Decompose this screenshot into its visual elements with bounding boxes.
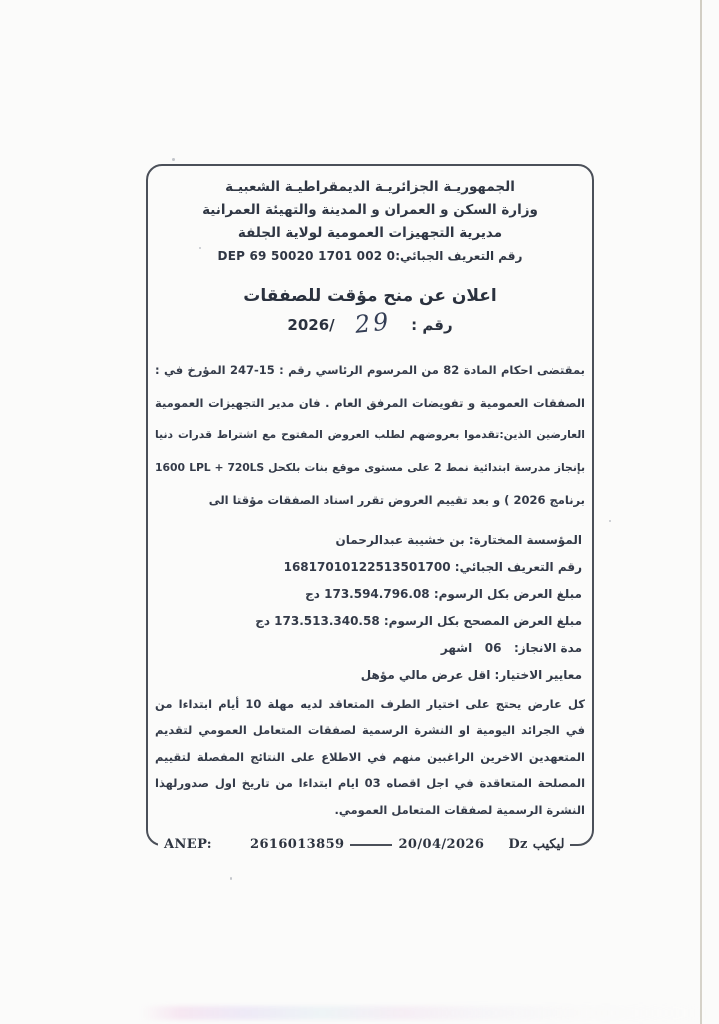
anep-footer: ANEP: 2616013859 20/04/2026 Dz ليكيب bbox=[158, 835, 576, 853]
award-corrected-amount: مبلغ العرض المصحح بكل الرسوم: 173.513.34… bbox=[155, 608, 582, 635]
intro-paragraph: بمقتضى احكام المادة 82 من المرسوم الرئاس… bbox=[148, 354, 592, 517]
header-directorate: مديرية التجهيزات العمومية لولاية الجلفة bbox=[148, 222, 592, 245]
header-republic: الجمهوريـة الجزائريـة الديمقراطيـة الشعب… bbox=[148, 176, 592, 199]
appeal-line: المتعهدين الاخرين الراغبين منهم في الاطل… bbox=[155, 744, 585, 771]
announcement-number-label: رقم : bbox=[411, 316, 452, 334]
scanned-document-page: الجمهوريـة الجزائريـة الديمقراطيـة الشعب… bbox=[0, 0, 719, 1024]
award-criteria: معايير الاختيار: اقل عرض مالي مؤهل bbox=[155, 662, 582, 689]
appeal-line: النشرة الرسمية لصفقات المتعامل العمومي. bbox=[155, 797, 585, 824]
intro-line: العارضين الذين:تقدموا بعروضهم لطلب العرو… bbox=[155, 419, 585, 452]
scan-speck bbox=[172, 158, 175, 161]
anep-date: 20/04/2026 bbox=[392, 835, 490, 853]
scan-page-edge bbox=[700, 0, 702, 1024]
scan-speck bbox=[230, 877, 232, 880]
anep-agency: Dz ليكيب bbox=[502, 835, 570, 853]
award-tax-id: رقم التعريف الجبائي: 1681701012251350170… bbox=[155, 554, 582, 581]
announcement-number-year: /2026 bbox=[287, 316, 334, 334]
footer-white-gap bbox=[218, 835, 244, 853]
announcement-title: اعلان عن منح مؤقت للصفقات bbox=[148, 284, 592, 308]
footer-white-gap bbox=[490, 835, 502, 853]
header-ministry: وزارة السكن و العمران و المدينة والتهيئة… bbox=[148, 199, 592, 222]
award-bid-amount: مبلغ العرض بكل الرسوم: 173.594.796.08 دج bbox=[155, 581, 582, 608]
anep-label: ANEP: bbox=[158, 835, 218, 853]
appeal-line: المصلحة المتعاقدة في اجل اقصاه 03 ايام ا… bbox=[155, 770, 585, 797]
award-company: المؤسسة المختارة: بن خشيبة عبدالرحمان bbox=[155, 527, 582, 554]
intro-line: بإنجاز مدرسة ابتدائية نمط 2 على مستوى مو… bbox=[155, 452, 585, 485]
intro-line: بمقتضى احكام المادة 82 من المرسوم الرئاس… bbox=[155, 354, 585, 387]
intro-line: الصفقات العمومية و تفويضات المرفق العام … bbox=[155, 387, 585, 420]
header-tax-id: رقم التعريف الجبائي:DEP 69 50020 1701 00… bbox=[148, 245, 592, 268]
document-header: الجمهوريـة الجزائريـة الديمقراطيـة الشعب… bbox=[148, 176, 592, 268]
anep-number: 2616013859 bbox=[244, 835, 350, 853]
appeal-line: في الجرائد اليومية او النشرة الرسمية لصف… bbox=[155, 717, 585, 744]
appeal-paragraph: كل عارض يحتج على اختيار الطرف المتعاقد ل… bbox=[148, 691, 592, 824]
appeal-line: كل عارض يحتج على اختيار الطرف المتعاقد ل… bbox=[155, 691, 585, 718]
handwritten-number: 29 bbox=[353, 307, 392, 339]
scan-speck bbox=[199, 247, 201, 249]
award-duration: مدة الانجاز: 06 اشهر bbox=[155, 635, 582, 662]
announcement-border-frame: الجمهوريـة الجزائريـة الديمقراطيـة الشعب… bbox=[146, 164, 594, 846]
announcement-number-row: رقم : 29 /2026 bbox=[148, 308, 592, 342]
intro-line: برنامج 2026 ) و بعد تقييم العروض تقرر اس… bbox=[155, 484, 585, 517]
scan-color-smudge bbox=[140, 1006, 710, 1020]
award-details: المؤسسة المختارة: بن خشيبة عبدالرحمان رق… bbox=[148, 527, 592, 689]
scan-speck bbox=[609, 520, 611, 522]
